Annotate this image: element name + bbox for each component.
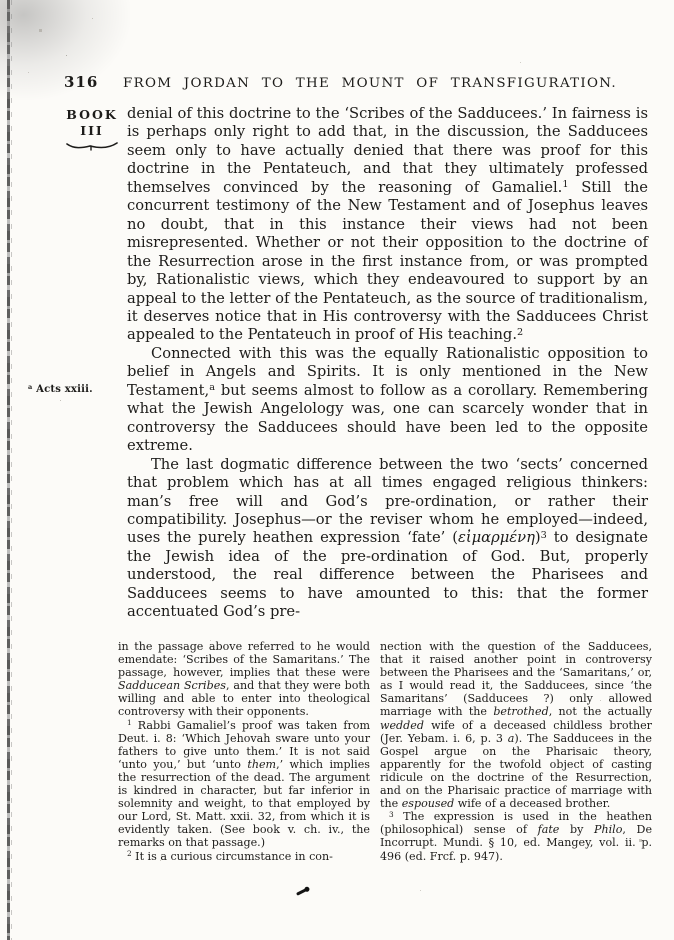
- flourish-icon: [66, 140, 118, 152]
- footnote-paragraph: nection with the question of the Sadduce…: [380, 640, 652, 810]
- scan-speckles: [0, 0, 1, 1]
- page-number: 316: [64, 73, 98, 91]
- body-text: denial of this doctrine to the ‘Scribes …: [127, 105, 648, 622]
- book-word: BOOK: [62, 107, 122, 123]
- book-page-scan: 316 FROM JORDAN TO THE MOUNT OF TRANSFIG…: [0, 0, 674, 940]
- binding-edge-shadow: [7, 0, 10, 940]
- footnotes: in the passage above referred to he woul…: [118, 640, 652, 863]
- footnote-paragraph: 1 Rabbi Gamaliel’s proof was taken from …: [118, 719, 370, 850]
- book-numeral: III: [62, 123, 122, 139]
- margin-note-acts: a Acts xxiii.: [28, 384, 93, 395]
- margin-book-label: BOOK III: [62, 107, 122, 152]
- footnote-column-right: nection with the question of the Sadduce…: [380, 640, 652, 863]
- body-paragraph: Connected with this was the equally Rati…: [127, 345, 648, 456]
- binding-edge-shadow-faint: [11, 0, 12, 940]
- footnote-paragraph: 3 The expression is used in the heathen …: [380, 810, 652, 862]
- footnote-paragraph: 2 It is a curious circumstance in con-: [118, 850, 370, 863]
- ink-mark: [296, 887, 309, 896]
- footnote-column-left: in the passage above referred to he woul…: [118, 640, 370, 863]
- body-paragraph: denial of this doctrine to the ‘Scribes …: [127, 105, 648, 345]
- footnote-paragraph: in the passage above referred to he woul…: [118, 640, 370, 719]
- running-title: FROM JORDAN TO THE MOUNT OF TRANSFIGURAT…: [100, 76, 640, 91]
- body-paragraph: The last dogmatic difference between the…: [127, 456, 648, 622]
